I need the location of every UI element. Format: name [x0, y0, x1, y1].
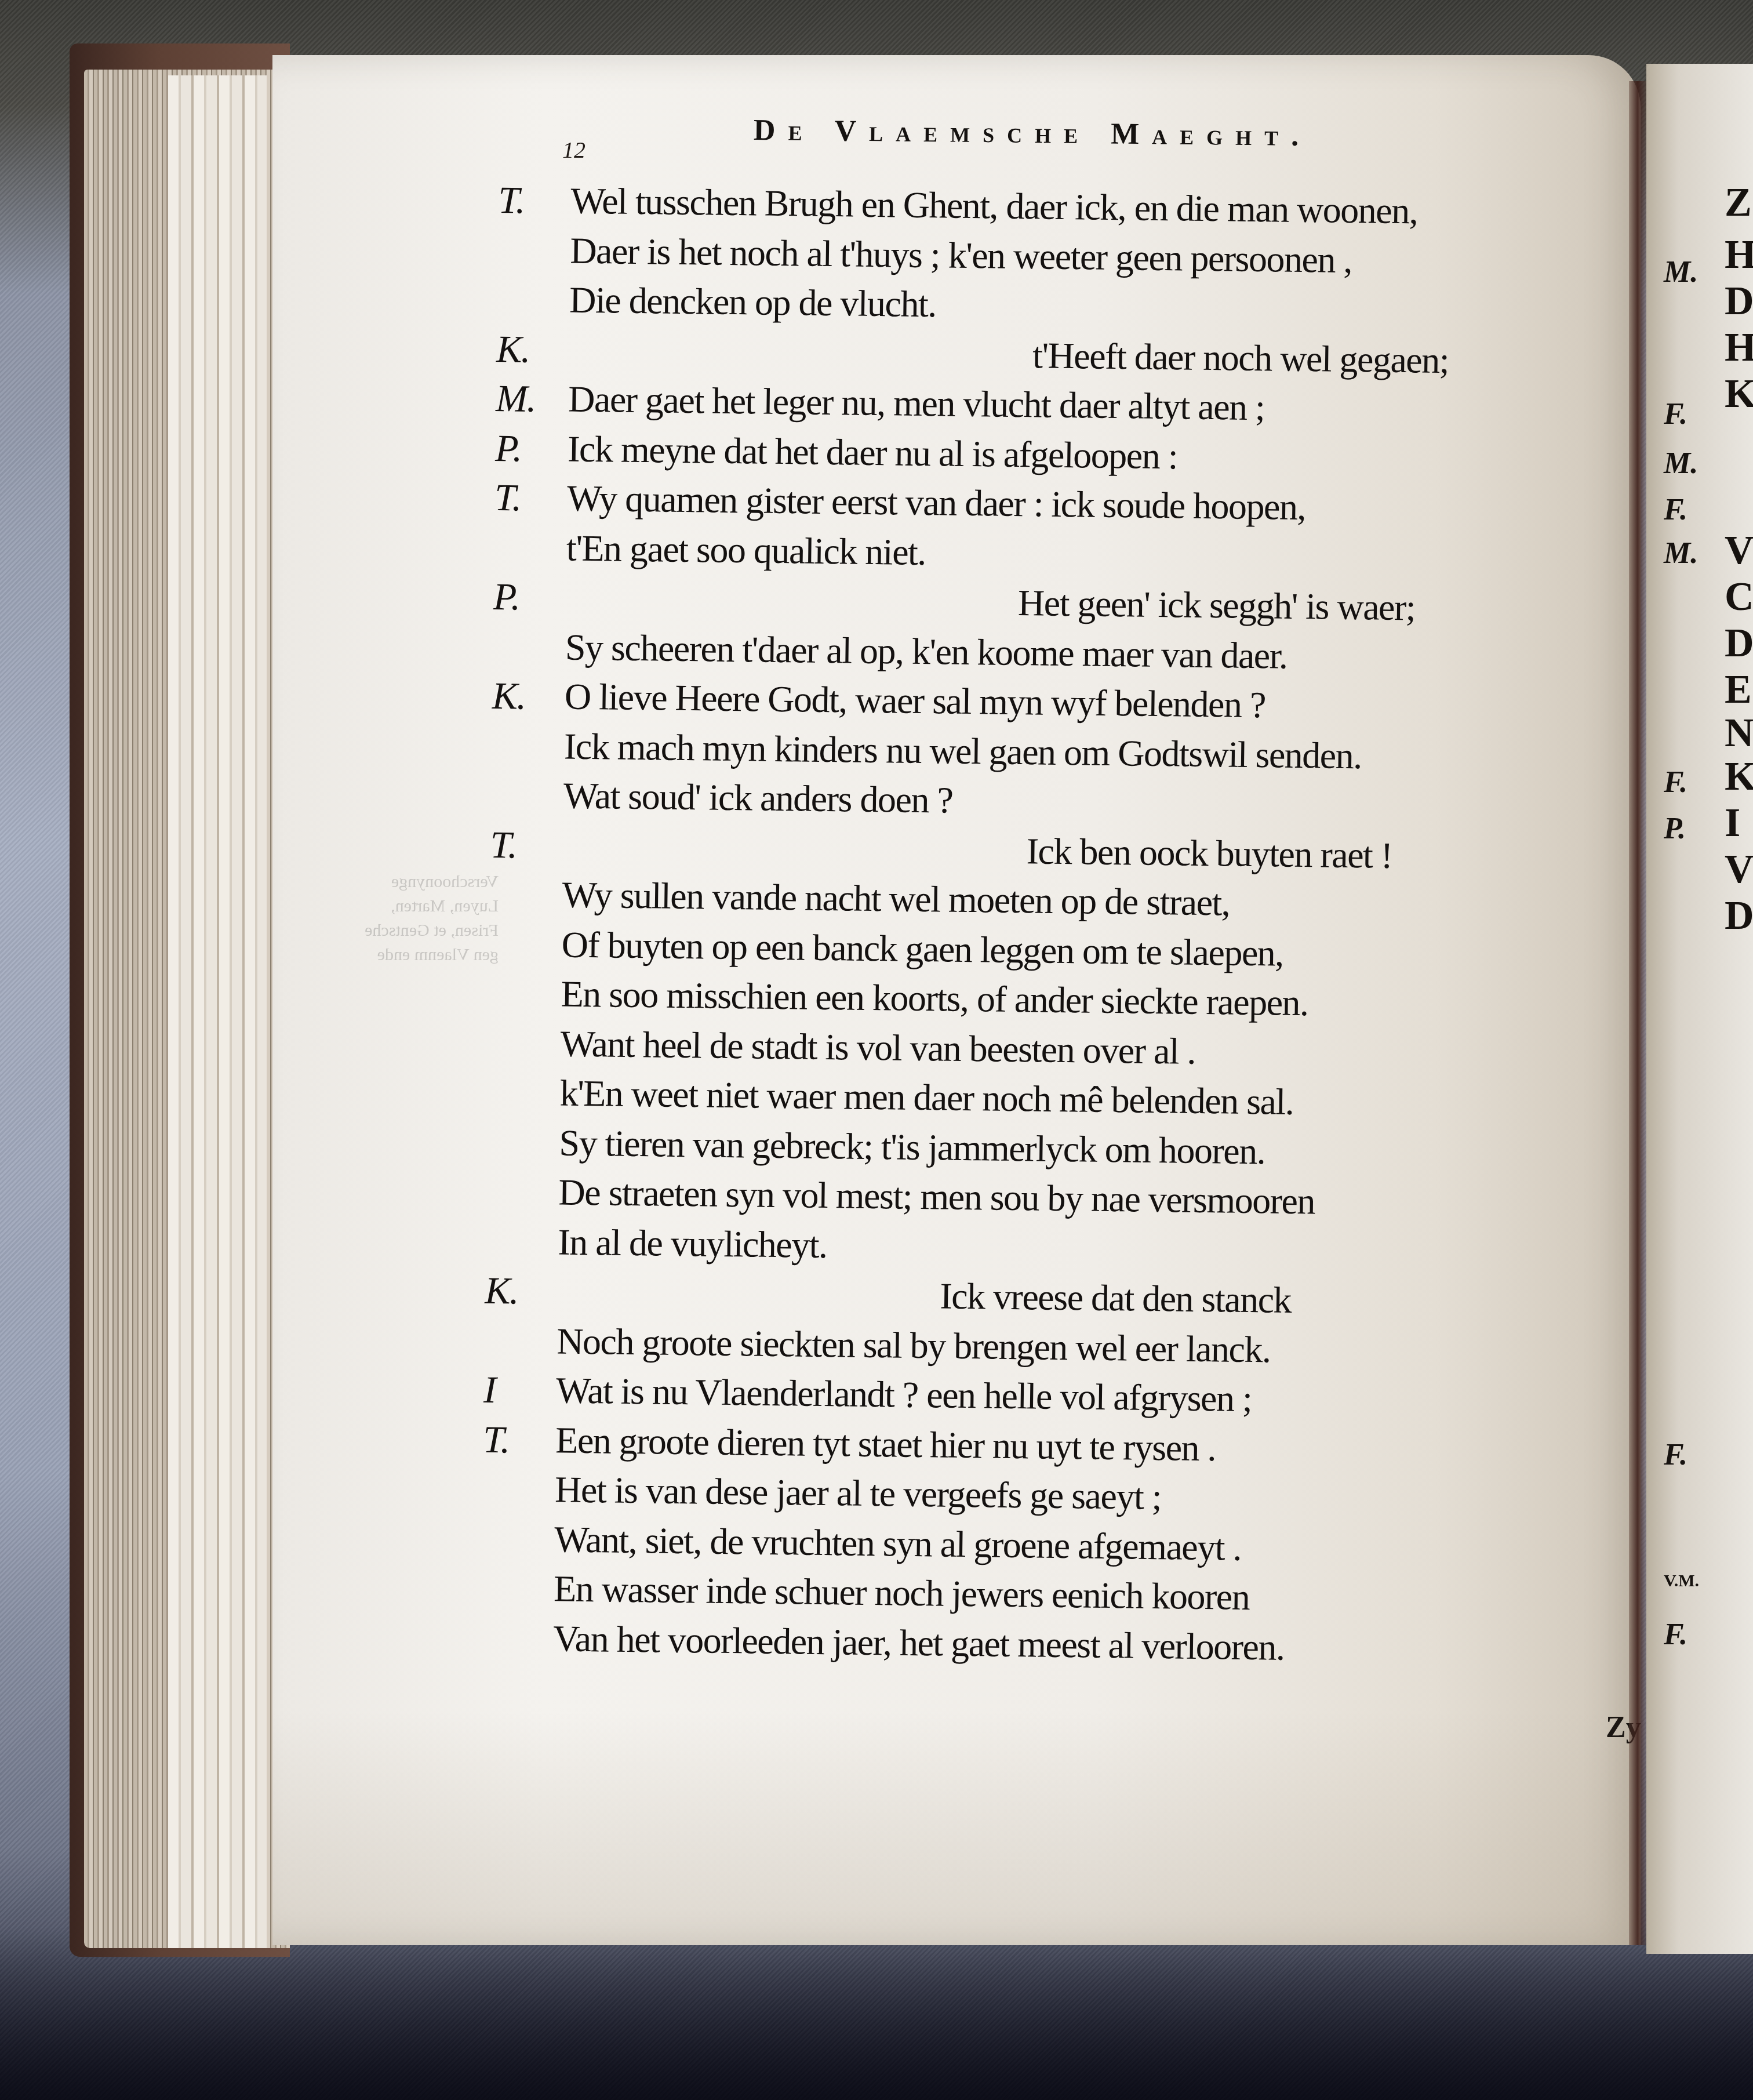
verse-text: t'En gaet soo qualick niet.	[566, 526, 926, 574]
running-head: De Vlaemsche Maeght.	[754, 113, 1312, 153]
verse-text: t'Heeft daer noch wel gegaen;	[1032, 334, 1449, 382]
right-page-speaker: F.	[1664, 493, 1687, 527]
verse-text-block: T.Wel tusschen Brugh en Ghent, daer ick,…	[481, 174, 1600, 1674]
right-page-line-initial: N	[1725, 710, 1753, 757]
verse-text: Want, siet, de vruchten syn al groene af…	[554, 1518, 1242, 1569]
right-page-speaker: F.	[1664, 397, 1687, 431]
verse-text: Een groote dieren tyt staet hier nu uyt …	[555, 1419, 1216, 1470]
verse-text: Ick ben oock buyten raet !	[1026, 830, 1392, 877]
right-page-speaker: M.	[1664, 255, 1698, 289]
verse-text: Wat is nu Vlaenderlandt ? een helle vol …	[556, 1369, 1252, 1420]
verse-text: Daer gaet het leger nu, men vlucht daer …	[568, 378, 1265, 430]
verse-text: Noch groote sieckten sal by brengen wel …	[557, 1320, 1271, 1371]
right-page: M.F.M.F.M.F.P.F.V.M.F.ZHDHKVCDENKIVD	[1646, 64, 1753, 1954]
page-number: 12	[562, 136, 585, 164]
right-page-line-initial: V	[1725, 528, 1753, 574]
right-page-speaker: M.	[1664, 536, 1698, 571]
verse-text: Want heel de stadt is vol van beesten ov…	[560, 1022, 1195, 1073]
verse-text: Wel tusschen Brugh en Ghent, daer ick, e…	[570, 180, 1418, 233]
speaker-label: K.	[485, 1269, 518, 1314]
verse-text: In al de vuylicheyt.	[558, 1220, 827, 1267]
verse-text: Het geen' ick seggh' is waer;	[1018, 582, 1416, 629]
page-edges-light	[168, 75, 267, 1948]
verse-text: En soo misschien een koorts, of ander si…	[561, 972, 1308, 1024]
right-page-speaker: F.	[1664, 1438, 1687, 1472]
verse-text: En wasser inde schuer noch jewers eenich…	[554, 1567, 1250, 1619]
right-page-speaker: F.	[1664, 765, 1687, 800]
right-page-speaker: P.	[1664, 812, 1686, 846]
right-page-line-initial: Z	[1725, 180, 1752, 226]
verse-text: Ick mach myn kinders nu wel gaen om Godt…	[563, 725, 1362, 777]
speaker-label: T.	[498, 179, 525, 223]
right-page-line-initial: E	[1725, 667, 1752, 713]
verse-text: Die dencken op de vlucht.	[569, 279, 936, 326]
verse-text: Het is van dese jaer al te vergeefs ge s…	[555, 1468, 1162, 1518]
book-gutter	[1629, 81, 1646, 1945]
speaker-label: I	[483, 1368, 496, 1412]
right-page-line-initial: D	[1725, 620, 1753, 667]
right-page-line-initial: H	[1725, 325, 1753, 371]
verse-text: Van het voorleeden jaer, het gaet meest …	[553, 1617, 1285, 1669]
right-page-line-initial: H	[1725, 232, 1753, 278]
right-page-speaker: V.M.	[1664, 1571, 1699, 1591]
verse-text: Ick meyne dat het daer nu al is afgeloop…	[568, 427, 1178, 478]
verse-text: k'En weet niet waer men daer noch mê bel…	[559, 1071, 1294, 1123]
right-page-line-initial: V	[1725, 846, 1753, 893]
verse-text: Ick vreese dat den stanck	[940, 1274, 1292, 1321]
right-page-speaker: M.	[1664, 446, 1698, 481]
speaker-label: P.	[493, 575, 520, 620]
verse-text: O lieve Heere Godt, waer sal myn wyf bel…	[565, 675, 1266, 726]
right-page-line-initial: K	[1725, 754, 1753, 800]
right-page-line-initial: K	[1725, 371, 1753, 417]
right-page-line-initial: C	[1725, 574, 1753, 620]
verse-text: Sy scheeren t'daer al op, k'en koome mae…	[565, 626, 1288, 677]
verse-text: Sy tieren van gebreck; t'is jammerlyck o…	[559, 1121, 1265, 1173]
right-page-speaker: F.	[1664, 1618, 1687, 1652]
verse-text: Of buyten op een banck gaen leggen om te…	[561, 923, 1283, 975]
verse-text: Wy sullen vande nacht wel moeten op de s…	[562, 873, 1230, 924]
verse-text: Wy quamen gister eerst van daer : ick so…	[567, 477, 1306, 529]
speaker-label: T.	[490, 823, 517, 867]
speaker-label: T.	[483, 1418, 510, 1462]
right-page-line-initial: I	[1725, 800, 1740, 846]
verse-text: Wat soud' ick anders doen ?	[563, 774, 952, 822]
speaker-label: T.	[494, 476, 521, 521]
right-page-line-initial: D	[1725, 278, 1753, 325]
speaker-label: M.	[496, 377, 536, 422]
verse-text: Daer is het noch al t'huys ; k'en weeter…	[570, 229, 1352, 281]
right-page-line-initial: D	[1725, 893, 1753, 939]
bleed-through-marginalia: VerschoonyngeLuyen, Marten,Frisen, et Ge…	[325, 870, 499, 967]
speaker-label: K.	[496, 327, 530, 372]
verse-text: De straeten syn vol mest; men sou by nae…	[558, 1171, 1315, 1223]
speaker-label: K.	[492, 674, 526, 719]
speaker-label: P.	[495, 426, 522, 471]
